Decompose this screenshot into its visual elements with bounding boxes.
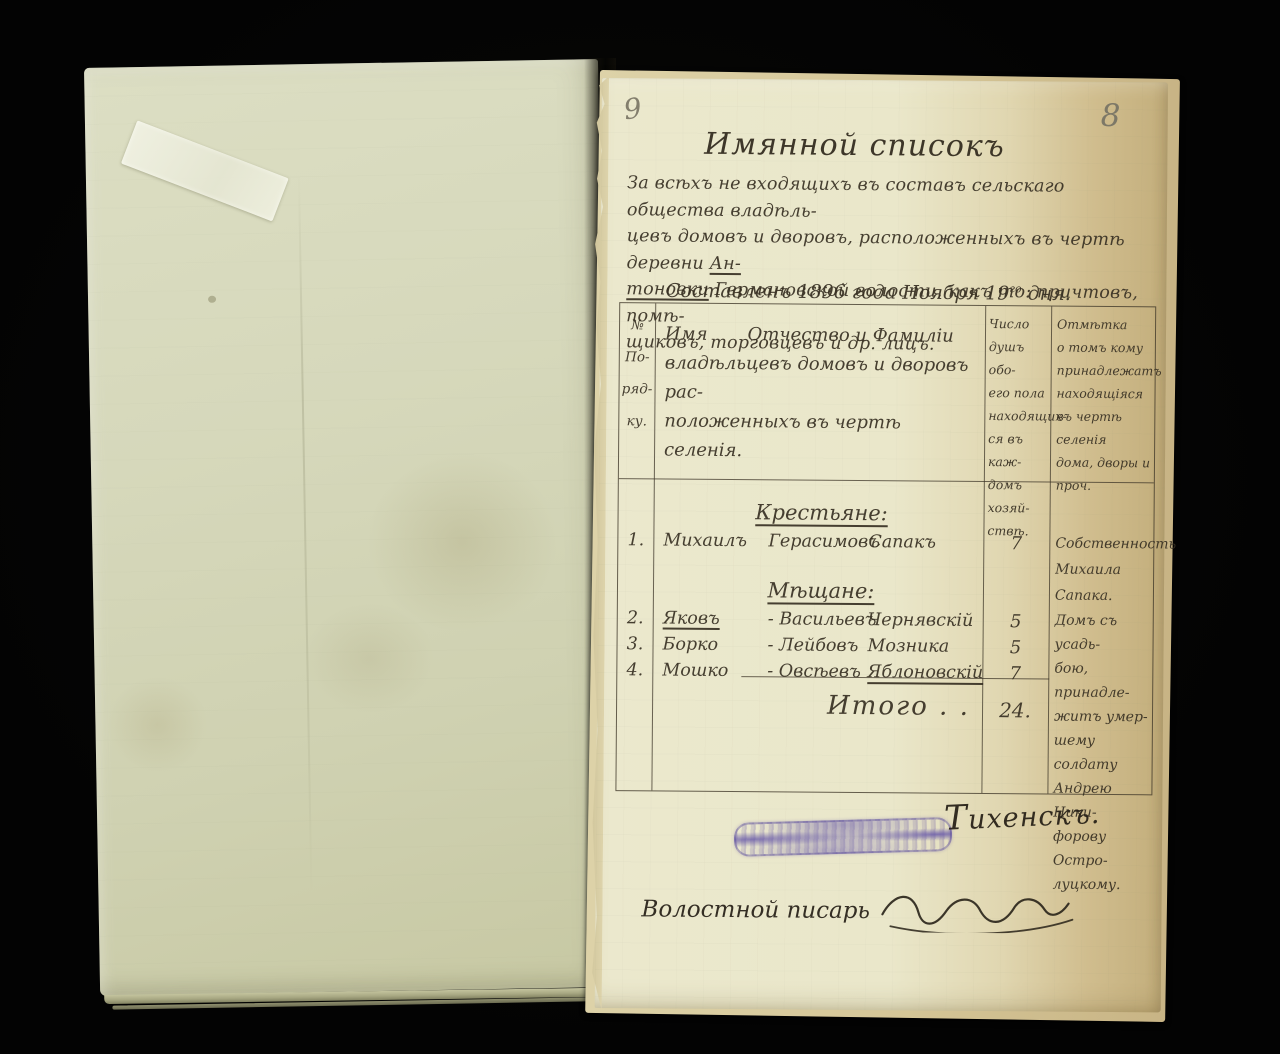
first-name: Яковъ	[663, 608, 720, 628]
preamble-line-2: цевъ домовъ и дворовъ, расположенныхъ въ…	[626, 226, 1124, 273]
patronymic: - Овсѣевъ	[767, 661, 861, 682]
folio-number-left: 9	[622, 91, 644, 126]
first-name: Борко	[662, 634, 718, 654]
left-page	[84, 59, 614, 996]
souls-count: 7	[983, 533, 1049, 555]
village-name-part-1: Ан-	[710, 253, 741, 273]
patronymic: - Лейбовъ	[767, 635, 858, 656]
rubber-stamp	[734, 817, 953, 857]
remark-rows-2-4: Домъ съ усадь- бою, принадле- житъ умер-…	[1053, 609, 1155, 898]
first-name: Мошко	[662, 660, 728, 681]
section-heading-peasants: Крестьяне:	[664, 499, 980, 525]
document-title: Имянной списокъ	[601, 126, 1107, 165]
folio-number-right: 8	[1101, 98, 1121, 134]
names-table: № По- ряд- ку. Имя Отчество и Фамиліи вл…	[615, 302, 1156, 795]
patronymic: Герасимовъ	[768, 531, 880, 552]
surname: Сапакъ	[868, 532, 936, 553]
clerk-title: Волостной писарь	[641, 896, 870, 924]
surname: Яблоновскій	[867, 662, 983, 683]
section-heading-burghers: Мѣщане:	[663, 577, 979, 603]
row-number: 2.	[618, 608, 653, 628]
clerk-signature-line: Волостной писарь	[641, 884, 1076, 933]
column-header-remarks: Отмѣтка о томъ кому принадлежатъ находящ…	[1056, 313, 1155, 498]
photo-background: 9 8 Имянной списокъ За всѣхъ не входящих…	[0, 0, 1280, 1054]
souls-count: 5	[983, 611, 1049, 633]
column-header-souls: Число душъ обо- его пола находящих- ся в…	[987, 312, 1049, 542]
patronymic: - Васильевъ	[768, 609, 877, 630]
total-value: 24.	[982, 698, 1048, 723]
right-page: 9 8 Имянной списокъ За всѣхъ не входящих…	[595, 78, 1168, 1012]
row-number: 1.	[618, 530, 653, 550]
remark-row-1: Собственность Михаила Сапака.	[1055, 531, 1156, 610]
column-header-names: Имя Отчество и Фамиліи владѣльцевъ домов…	[664, 320, 981, 467]
first-name: Михаилъ	[663, 530, 747, 551]
compilation-date: Составленъ 1896 года Ноября 19го дня.	[660, 279, 1076, 305]
total-label: Итого . .	[827, 691, 970, 722]
row-number: 4.	[617, 660, 652, 680]
surname: Чернявскій	[868, 610, 974, 631]
souls-count: 5	[982, 637, 1048, 659]
official-signature: Тихенскъ.	[943, 792, 1101, 839]
souls-count: 7	[982, 663, 1048, 685]
row-number: 3.	[617, 634, 652, 654]
preamble-line-1: За всѣхъ не входящихъ въ составъ сельска…	[627, 173, 1065, 221]
column-header-number: № По- ряд- ку.	[619, 309, 655, 437]
surname: Мозника	[867, 636, 949, 657]
clerk-signature-flourish	[876, 886, 1076, 934]
